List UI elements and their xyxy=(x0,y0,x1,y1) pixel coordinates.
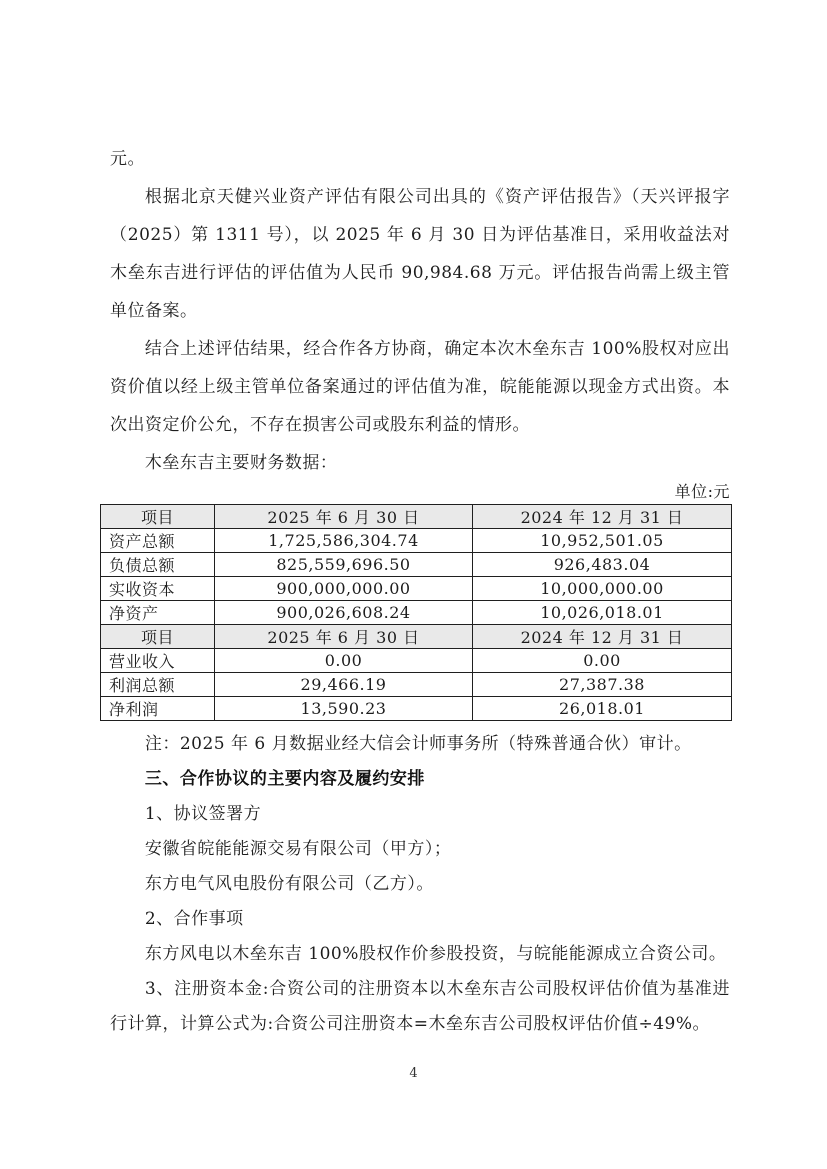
table-cell: 27,387.38 xyxy=(473,673,732,697)
table-cell: 净利润 xyxy=(101,697,215,721)
table-cell: 29,466.19 xyxy=(215,673,473,697)
item-cooperation-detail: 东方风电以木垒东吉 100%股权作价参股投资，与皖能能源成立合资公司。 xyxy=(110,937,730,972)
table-cell: 0.00 xyxy=(473,649,732,673)
table-cell: 825,559,696.50 xyxy=(215,553,473,577)
table-cell: 900,026,608.24 xyxy=(215,601,473,625)
table-header-row: 项目 2025 年 6 月 30 日 2024 年 12 月 31 日 xyxy=(101,625,732,649)
table-header-cell: 项目 xyxy=(101,505,215,529)
paragraph-continuation: 元。 xyxy=(110,140,730,178)
table-unit-label: 单位:元 xyxy=(110,482,730,502)
lower-section: 注：2025 年 6 月数据业经大信会计师事务所（特殊普通合伙）审计。 三、合作… xyxy=(110,727,730,1042)
item-cooperation-matters: 2、合作事项 xyxy=(110,902,730,937)
table-header-cell: 2024 年 12 月 31 日 xyxy=(473,505,732,529)
table-header-cell: 2025 年 6 月 30 日 xyxy=(215,625,473,649)
table-note: 注：2025 年 6 月数据业经大信会计师事务所（特殊普通合伙）审计。 xyxy=(110,727,730,762)
table-row-total-liabilities: 负债总额 825,559,696.50 926,483.04 xyxy=(101,553,732,577)
table-row-total-profit: 利润总额 29,466.19 27,387.38 xyxy=(101,673,732,697)
table-row-total-assets: 资产总额 1,725,586,304.74 10,952,501.05 xyxy=(101,529,732,553)
table-cell: 10,026,018.01 xyxy=(473,601,732,625)
financial-data-table: 项目 2025 年 6 月 30 日 2024 年 12 月 31 日 资产总额… xyxy=(100,504,732,721)
page-number: 4 xyxy=(0,1066,827,1081)
table-cell: 900,000,000.00 xyxy=(215,577,473,601)
item-signing-parties: 1、协议签署方 xyxy=(110,797,730,832)
item-registered-capital: 3、注册资本金:合资公司的注册资本以木垒东吉公司股权评估价值为基准进行计算，计算… xyxy=(110,972,730,1042)
table-cell: 实收资本 xyxy=(101,577,215,601)
document-page: 元。 根据北京天健兴业资产评估有限公司出具的《资产评估报告》（天兴评报字（202… xyxy=(0,0,827,1169)
table-cell: 926,483.04 xyxy=(473,553,732,577)
table-cell: 26,018.01 xyxy=(473,697,732,721)
section-heading: 三、合作协议的主要内容及履约安排 xyxy=(110,762,730,797)
table-header-cell: 项目 xyxy=(101,625,215,649)
table-row-paid-in-capital: 实收资本 900,000,000.00 10,000,000.00 xyxy=(101,577,732,601)
table-row-net-assets: 净资产 900,026,608.24 10,026,018.01 xyxy=(101,601,732,625)
table-cell: 0.00 xyxy=(215,649,473,673)
table-cell: 营业收入 xyxy=(101,649,215,673)
table-header-cell: 2025 年 6 月 30 日 xyxy=(215,505,473,529)
table-cell: 资产总额 xyxy=(101,529,215,553)
document-content: 元。 根据北京天健兴业资产评估有限公司出具的《资产评估报告》（天兴评报字（202… xyxy=(110,140,730,1042)
table-header-cell: 2024 年 12 月 31 日 xyxy=(473,625,732,649)
table-cell: 13,590.23 xyxy=(215,697,473,721)
paragraph-financial-intro: 木垒东吉主要财务数据： xyxy=(110,444,730,482)
table-row-net-profit: 净利润 13,590.23 26,018.01 xyxy=(101,697,732,721)
paragraph-valuation-result: 结合上述评估结果，经合作各方协商，确定本次木垒东吉 100%股权对应出资价值以经… xyxy=(110,330,730,444)
paragraph-valuation-report: 根据北京天健兴业资产评估有限公司出具的《资产评估报告》（天兴评报字（2025）第… xyxy=(110,178,730,330)
table-cell: 净资产 xyxy=(101,601,215,625)
table-header-row: 项目 2025 年 6 月 30 日 2024 年 12 月 31 日 xyxy=(101,505,732,529)
table-cell: 利润总额 xyxy=(101,673,215,697)
table-cell: 1,725,586,304.74 xyxy=(215,529,473,553)
table-row-operating-revenue: 营业收入 0.00 0.00 xyxy=(101,649,732,673)
item-party-b: 东方电气风电股份有限公司（乙方）。 xyxy=(110,867,730,902)
item-party-a: 安徽省皖能能源交易有限公司（甲方）； xyxy=(110,832,730,867)
table-cell: 10,000,000.00 xyxy=(473,577,732,601)
table-cell: 10,952,501.05 xyxy=(473,529,732,553)
table-cell: 负债总额 xyxy=(101,553,215,577)
